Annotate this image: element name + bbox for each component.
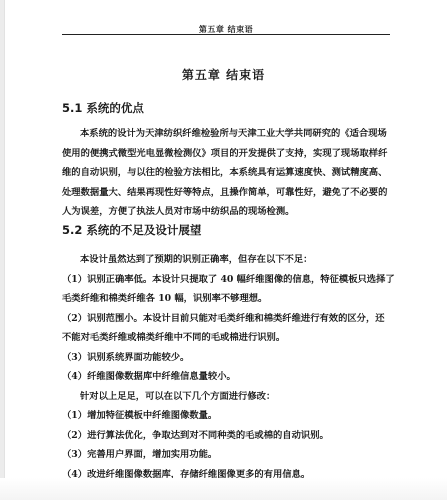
shortcoming-item: （2）识别范围小。本设计目前只能对毛类纤维和棉类纤维进行有效的区分，还 xyxy=(62,309,392,329)
improvement-item: （2）进行算法优化，争取达到对不同种类的毛或棉的自动识别。 xyxy=(62,426,392,446)
bottom-fade xyxy=(0,478,447,500)
shortcoming-item: （3）识别系统界面功能较少。 xyxy=(62,348,392,368)
shortcoming-item-cont: 毛类纤维和棉类纤维各 10 幅，识别率不够理想。 xyxy=(62,289,392,309)
shortcoming-item: （1）识别正确率低。本设计只提取了 40 幅纤维图像的信息，特征模板只选择了 xyxy=(62,270,392,290)
shortcoming-item: （4）纤维图像数据库中纤维信息量较小。 xyxy=(62,367,392,387)
paragraph-line: 使用的便携式微型光电显微检测仪》项目的开发提供了支持，实现了现场取样纤 xyxy=(62,144,392,164)
improvement-item: （3）完善用户界面，增加实用功能。 xyxy=(62,445,392,465)
paragraph-line: 维的自动识别，与以往的检验方法相比，本系统具有运算速度快、测试精度高、 xyxy=(62,163,392,183)
section-heading-5-1: 5.1 系统的优点 xyxy=(62,100,144,116)
section-1-paragraph: 本系统的设计为天津纺织纤维检验所与天津工业大学共同研究的《适合现场 使用的便携式… xyxy=(62,124,392,222)
header-rule xyxy=(62,34,390,35)
improvement-item: （1）增加特征模板中纤维图像数量。 xyxy=(62,406,392,426)
shortcomings-intro: 本设计虽然达到了预期的识别正确率，但存在以下不足： xyxy=(62,250,392,270)
improvements-intro: 针对以上足足，可以在以下几个方面进行修改： xyxy=(62,387,392,407)
section-2-body: 本设计虽然达到了预期的识别正确率，但存在以下不足： （1）识别正确率低。本设计只… xyxy=(62,250,392,484)
paragraph-line: 处理数据量大、结果再现性好等特点，且操作简单，可靠性好，避免了不必要的 xyxy=(62,183,392,203)
document-page: 第五章 结束语 第五章 结束语 5.1 系统的优点 本系统的设计为天津纺织纤维检… xyxy=(0,0,447,500)
section-heading-5-2: 5.2 系统的不足及设计展望 xyxy=(62,222,201,238)
chapter-title: 第五章 结束语 xyxy=(0,66,447,83)
paragraph-line: 人为误差，方便了执法人员对市场中纺织品的现场检测。 xyxy=(62,202,392,222)
shortcoming-item-cont: 不能对毛类纤维或棉类纤维中不同的毛或棉进行识别。 xyxy=(62,328,392,348)
paragraph-line: 本系统的设计为天津纺织纤维检验所与天津工业大学共同研究的《适合现场 xyxy=(62,124,392,144)
